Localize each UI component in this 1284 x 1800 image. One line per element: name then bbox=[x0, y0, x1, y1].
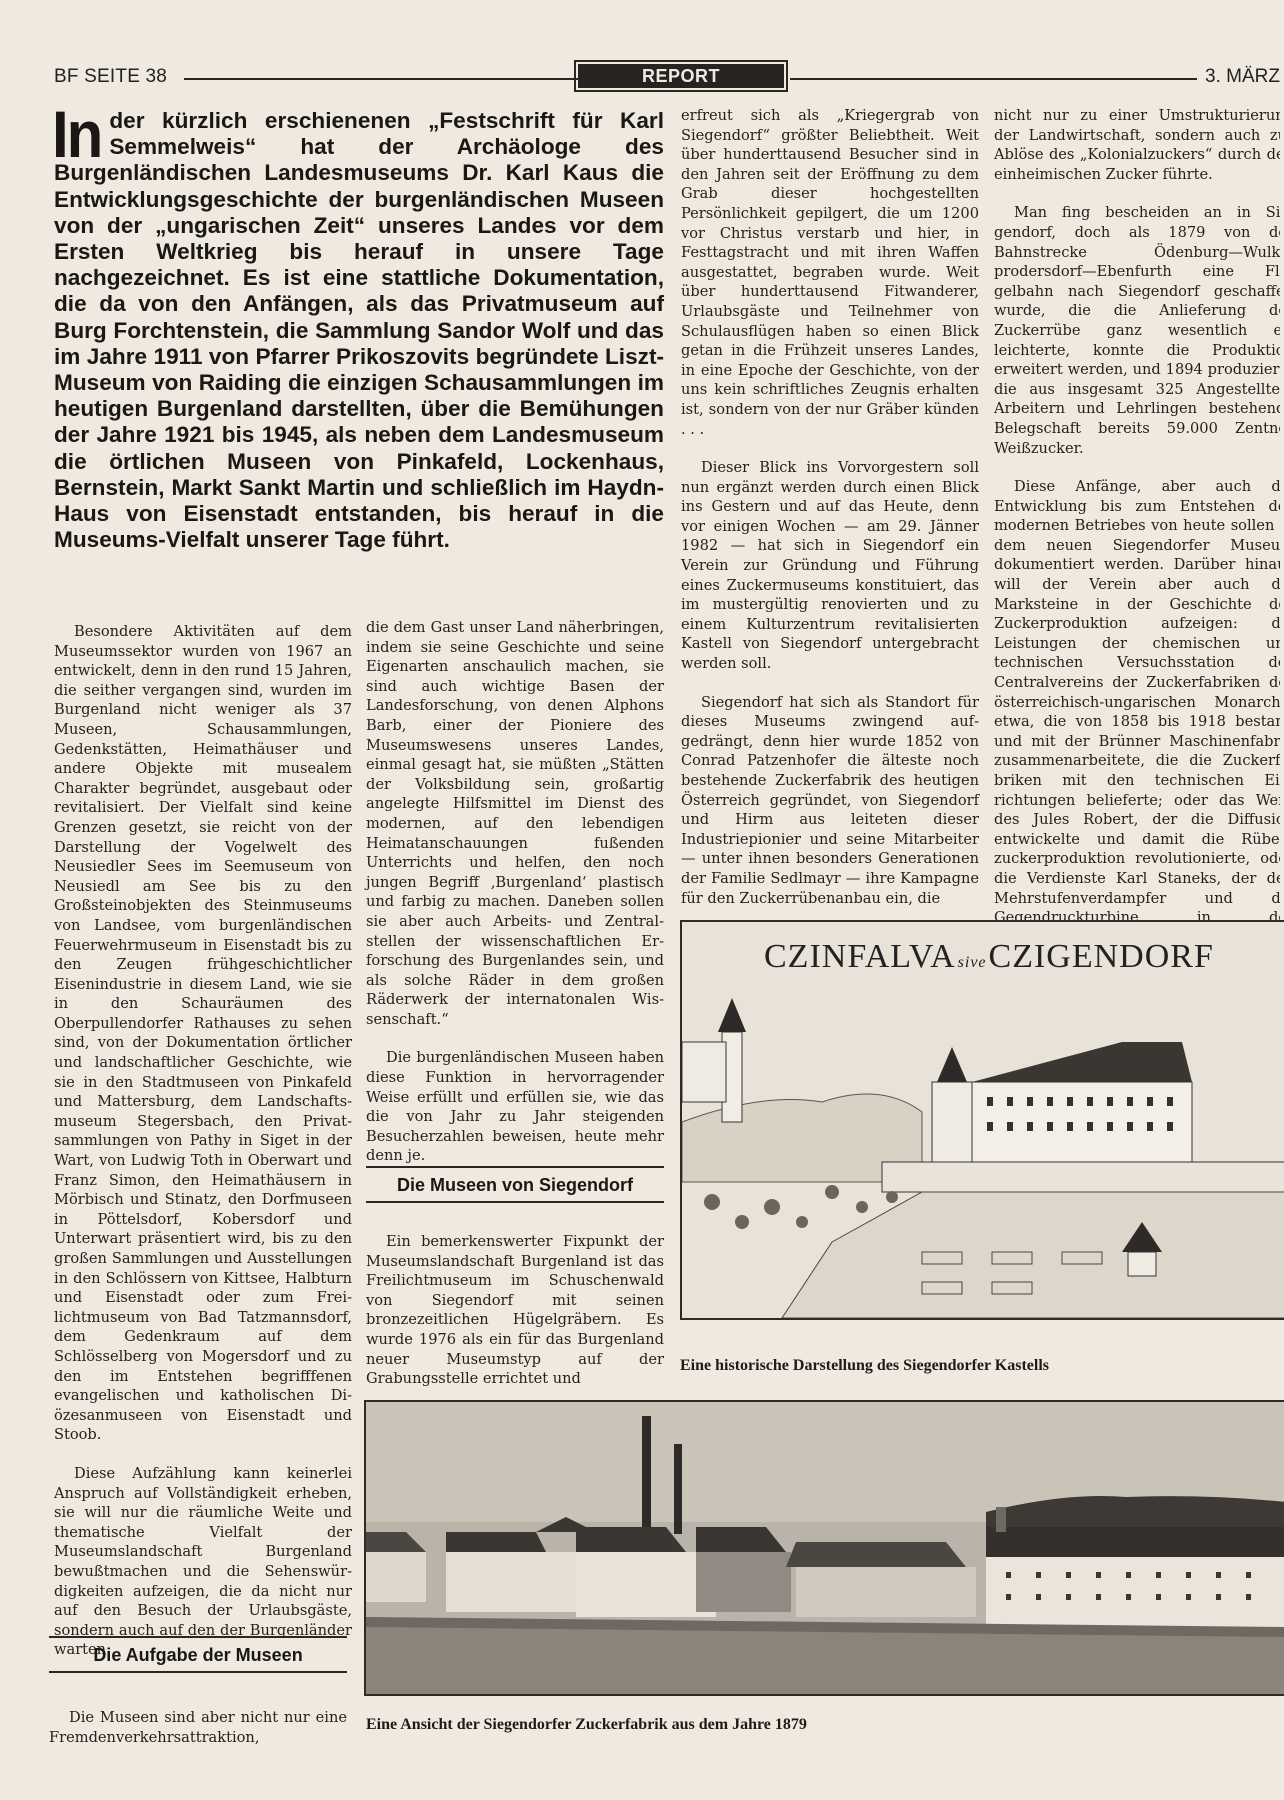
section-badge: REPORT bbox=[574, 60, 788, 92]
subheading-aufgabe: Die Aufgabe der Museen bbox=[49, 1636, 347, 1673]
article-column-3: erfreut sich als „Kriegergrab von Siegen… bbox=[681, 106, 979, 908]
issue-date: 3. MÄRZ 198 bbox=[1205, 66, 1284, 88]
figure-caption-castle: Eine historische Darstellung des Siegend… bbox=[680, 1357, 1049, 1375]
header-rule-left bbox=[184, 78, 626, 80]
body-paragraph: Besondere Aktivitäten auf dem Museumssek… bbox=[54, 622, 352, 1445]
header-rule-right bbox=[790, 78, 1197, 80]
figure-caption-factory: Eine Ansicht der Siegendorfer Zuckerfabr… bbox=[366, 1716, 807, 1734]
article-column-2: die dem Gast unser Land näher­bringen, i… bbox=[366, 618, 664, 1166]
body-paragraph: die dem Gast unser Land näher­bringen, i… bbox=[366, 618, 664, 1029]
subheading-siegendorf: Die Museen von Siegendorf bbox=[366, 1166, 664, 1203]
factory-illustration bbox=[366, 1402, 1284, 1694]
body-paragraph: Man fing bescheiden an in Sie­gendorf, d… bbox=[994, 203, 1284, 458]
article-column-1-continued: Die Museen sind aber nicht nur eine Frem… bbox=[49, 1708, 347, 1747]
lead-text: der kürzlich erschienenen „Festschrift f… bbox=[54, 108, 664, 552]
section-label: REPORT bbox=[578, 64, 784, 88]
article-column-4: nicht nur zu einer Umstrukturie­rung der… bbox=[994, 106, 1284, 947]
castle-illustration bbox=[682, 922, 1284, 1318]
body-paragraph: Dieser Blick ins Vorvorgestern soll nun … bbox=[681, 458, 979, 674]
sugar-factory-photo bbox=[364, 1400, 1284, 1696]
body-paragraph: nicht nur zu einer Umstrukturie­rung der… bbox=[994, 106, 1284, 184]
body-paragraph: erfreut sich als „Kriegergrab von Siegen… bbox=[681, 106, 979, 439]
body-paragraph: Diese Anfänge, aber auch die Entwicklung… bbox=[994, 477, 1284, 947]
lead-paragraph: In der kürzlich erschienenen „Festschrif… bbox=[54, 108, 664, 553]
body-paragraph: Die Museen sind aber nicht nur eine Frem… bbox=[49, 1708, 347, 1747]
body-paragraph: Siegendorf hat sich als Standort für die… bbox=[681, 693, 979, 909]
drop-cap: In bbox=[52, 110, 101, 161]
page-header: BF SEITE 38 REPORT 3. MÄRZ 198 bbox=[54, 66, 1284, 96]
article-column-2-continued: Ein bemerkenswerter Fixpunkt der Museums… bbox=[366, 1232, 664, 1389]
body-paragraph: Die burgenländischen Museen haben diese … bbox=[366, 1048, 664, 1166]
body-paragraph: Ein bemerkenswerter Fixpunkt der Museums… bbox=[366, 1232, 664, 1389]
historic-engraving-image: CZINFALVAsiveCZIGENDORF bbox=[680, 920, 1284, 1320]
body-paragraph: Diese Aufzählung kann keinerlei Anspruch… bbox=[54, 1464, 352, 1660]
article-column-1: Besondere Aktivitäten auf dem Museumssek… bbox=[54, 622, 352, 1660]
page-number-label: BF SEITE 38 bbox=[54, 66, 167, 88]
newspaper-page: BF SEITE 38 REPORT 3. MÄRZ 198 In der kü… bbox=[0, 0, 1284, 1800]
